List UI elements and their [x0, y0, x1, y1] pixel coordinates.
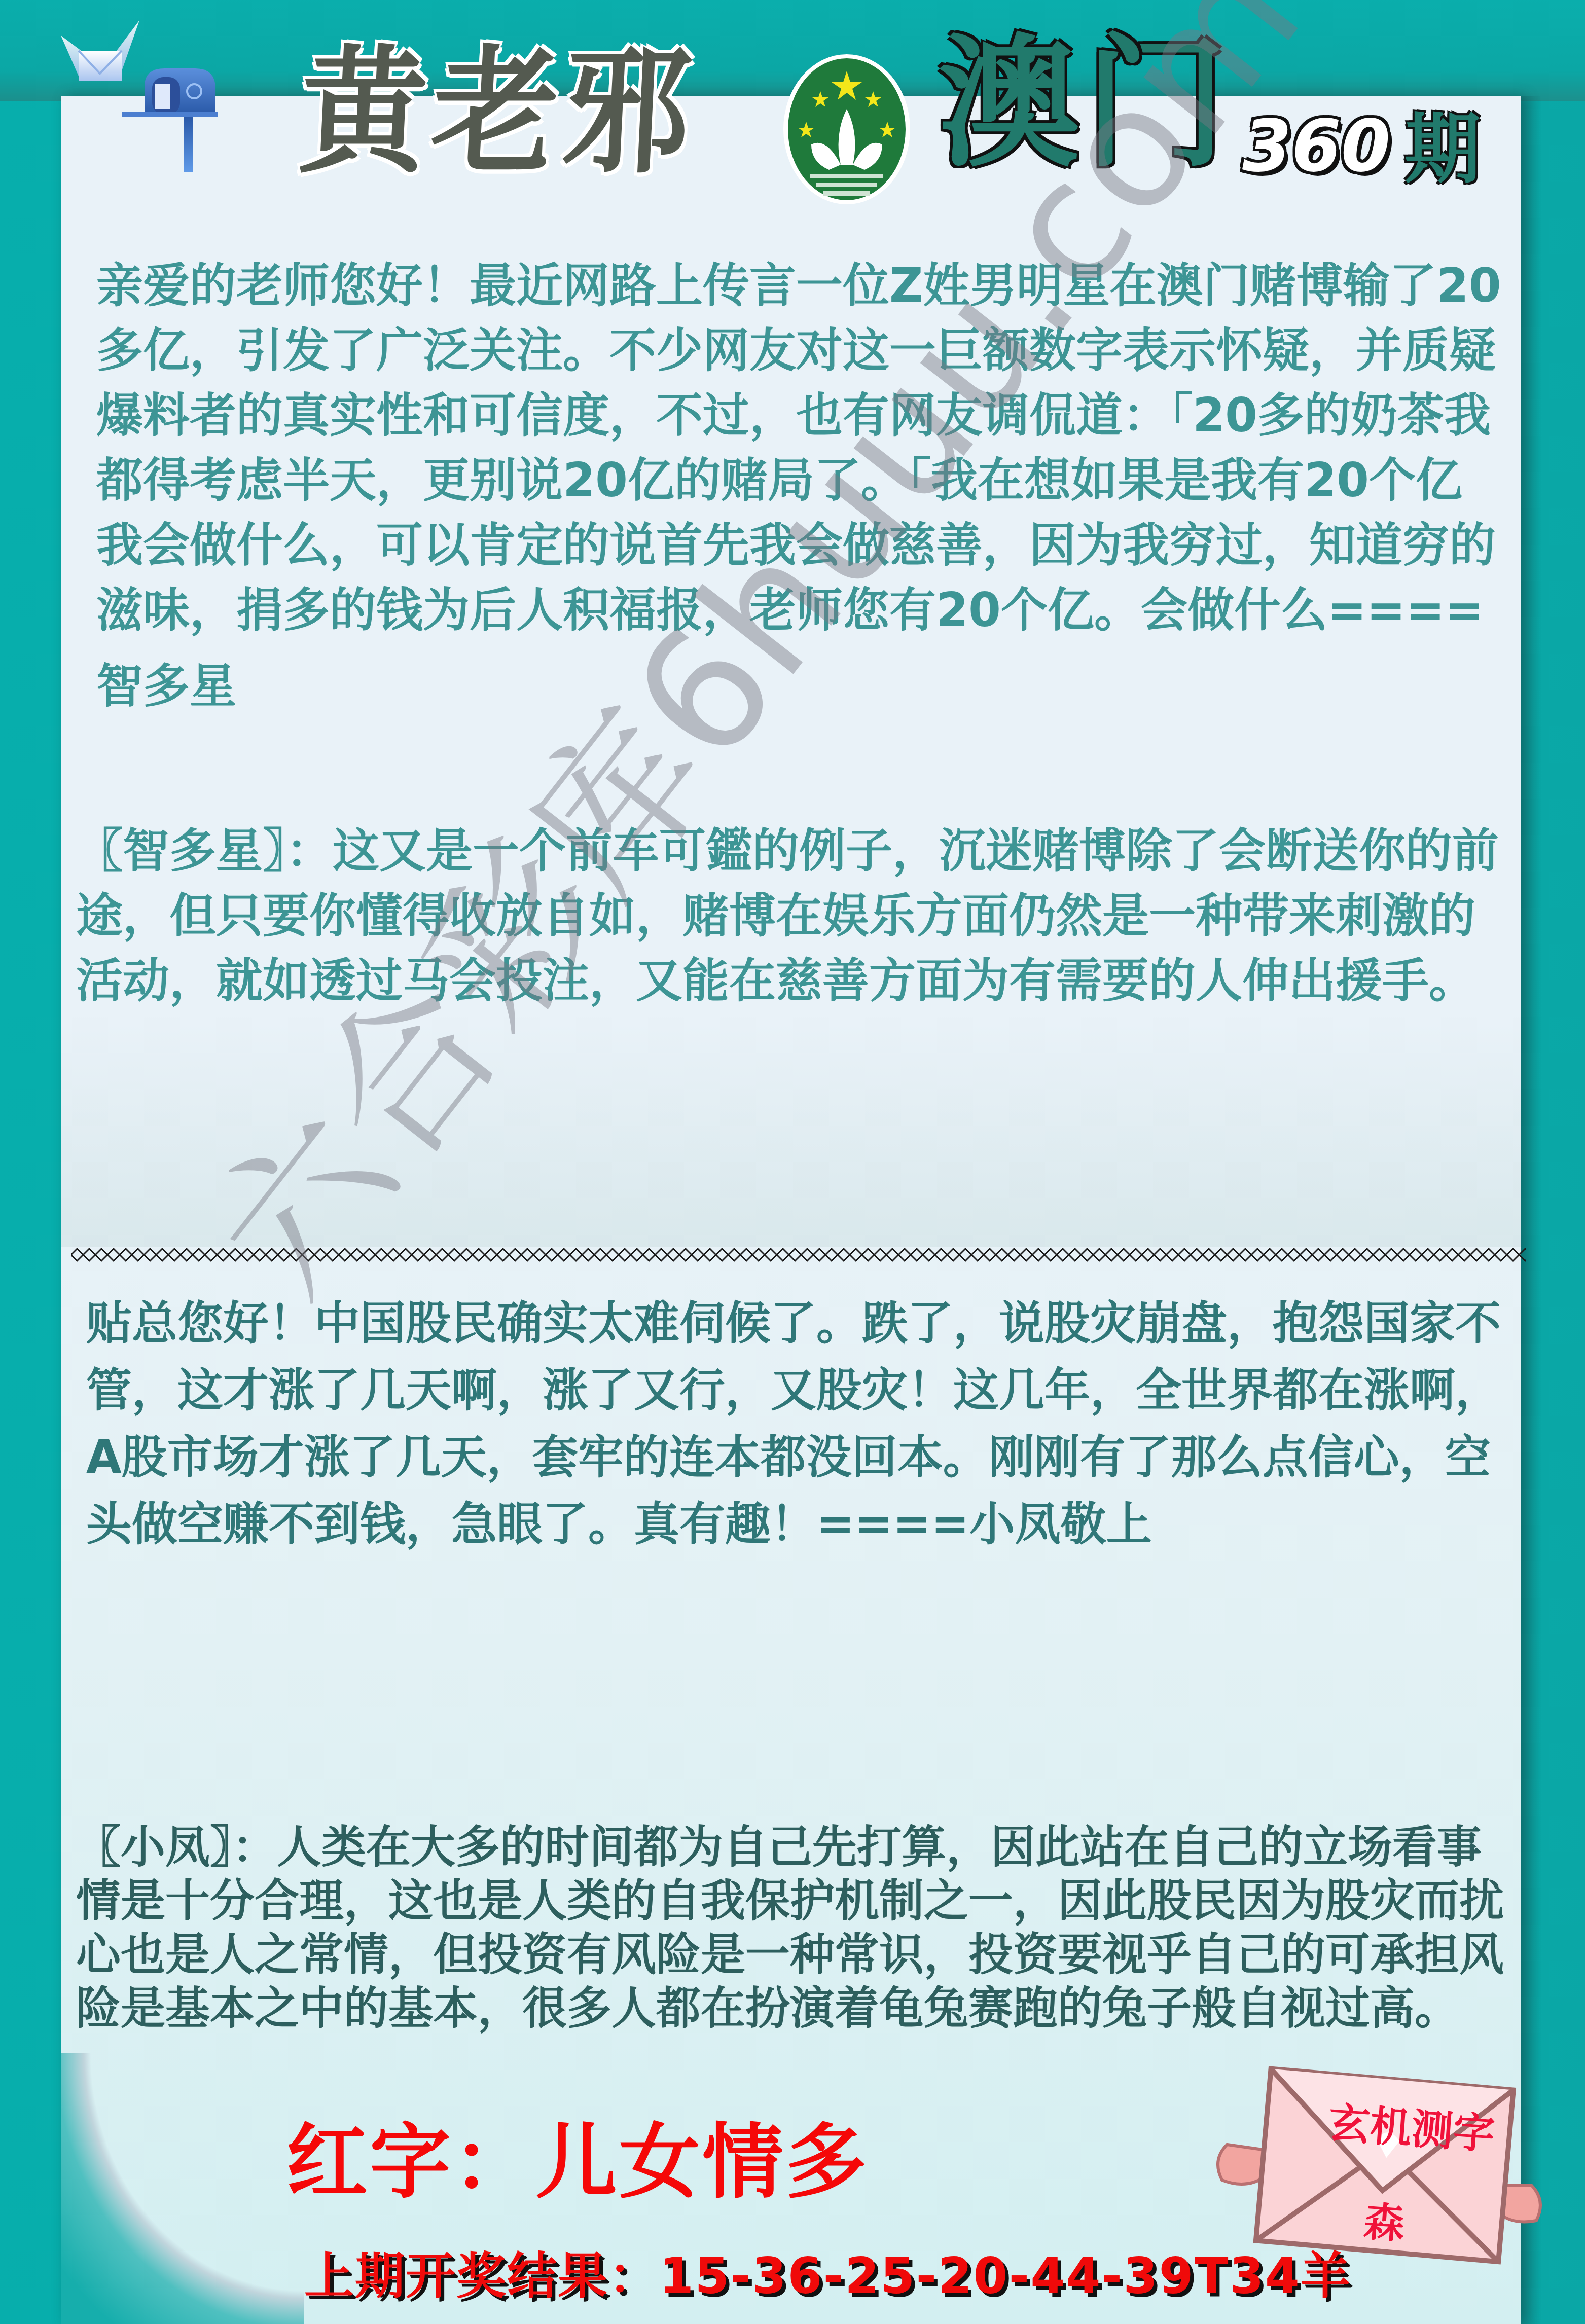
- title-name: 黄老邪: [296, 30, 700, 195]
- paper-curl: [61, 2053, 304, 2324]
- issue-suffix: 期: [1404, 106, 1481, 193]
- letter-1-signature: 智多星: [96, 654, 236, 719]
- last-draw-result: 上期开奖结果：15-36-25-20-44-39T34羊: [304, 2246, 1351, 2307]
- letter-2-text: 贴总您好！中国股民确实太难伺候了。跌了，说股灾崩盘，抱怨国家不管，这才涨了几天啊…: [86, 1290, 1501, 1558]
- paper-right-shadow: [1521, 96, 1541, 2324]
- mailbox-icon: [51, 20, 264, 172]
- red-word-hint: 红字：儿女情多: [286, 2119, 869, 2205]
- reply-1-text: 〖智多星〗：这又是一个前车可鑑的例子，沉迷赌博除了会断送你的前途，但只要你懂得收…: [76, 819, 1516, 1013]
- reply-2-text: 〖小凤〗：人类在大多的时间都为自己先打算，因此站在自己的立场看事情是十分合理，这…: [76, 1820, 1516, 2035]
- envelope-character: 森: [1362, 2199, 1406, 2247]
- macau-emblem-icon: [781, 53, 913, 205]
